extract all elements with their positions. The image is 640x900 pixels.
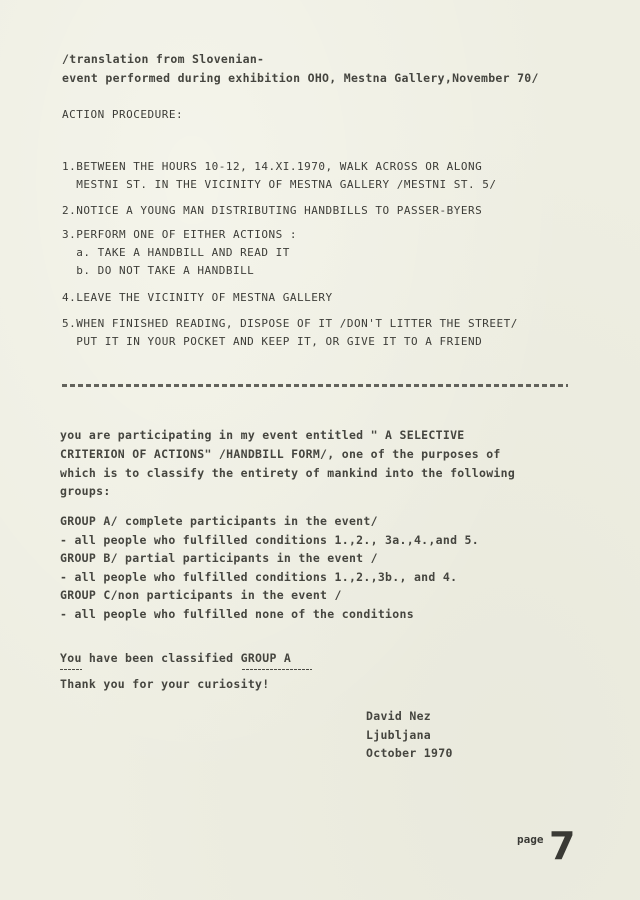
step-1-line-1: 1.BETWEEN THE HOURS 10-12, 14.XI.1970, W… xyxy=(62,160,482,174)
step-5-line-2: PUT IT IN YOUR POCKET AND KEEP IT, OR GI… xyxy=(62,335,482,349)
step-3-line-1: 3.PERFORM ONE OF EITHER ACTIONS : xyxy=(62,228,297,242)
classified-group: GROUP A xyxy=(241,651,292,665)
intro-line-2: CRITERION OF ACTIONS" /HANDBILL FORM/, o… xyxy=(60,447,501,461)
step-1-line-2: MESTNI ST. IN THE VICINITY OF MESTNA GAL… xyxy=(62,178,496,192)
intro-line-3: which is to classify the entirety of man… xyxy=(60,466,515,480)
dashed-divider xyxy=(62,384,568,387)
group-b-condition: - all people who fulfilled conditions 1.… xyxy=(60,570,457,584)
event-context: event performed during exhibition OHO, M… xyxy=(62,71,539,85)
page-number: 7 xyxy=(549,826,575,866)
step-2: 2.NOTICE A YOUNG MAN DISTRIBUTING HANDBI… xyxy=(62,204,482,218)
group-a-title: GROUP A/ complete participants in the ev… xyxy=(60,514,378,528)
step-3-option-a: a. TAKE A HANDBILL AND READ IT xyxy=(62,246,290,260)
step-5-line-1: 5.WHEN FINISHED READING, DISPOSE OF IT /… xyxy=(62,317,518,331)
classification-line: You have been classified GROUP A xyxy=(60,651,291,665)
step-3-option-b: b. DO NOT TAKE A HANDBILL xyxy=(62,264,254,278)
intro-line-1: you are participating in my event entitl… xyxy=(60,428,465,442)
page-label: page xyxy=(517,833,544,846)
document-page: /translation from Slovenian- event perfo… xyxy=(0,0,640,900)
signature-city: Ljubljana xyxy=(366,728,431,742)
signature-date: October 1970 xyxy=(366,746,453,760)
underline-group-a xyxy=(242,669,312,670)
procedure-title: ACTION PROCEDURE: xyxy=(62,108,183,122)
group-a-condition: - all people who fulfilled conditions 1.… xyxy=(60,533,479,547)
group-c-title: GROUP C/non participants in the event / xyxy=(60,588,342,602)
classified-prefix: You have been classified xyxy=(60,651,241,665)
underline-you xyxy=(60,669,82,670)
signature-name: David Nez xyxy=(366,709,431,723)
intro-line-4: groups: xyxy=(60,484,111,498)
group-b-title: GROUP B/ partial participants in the eve… xyxy=(60,551,378,565)
thanks-line: Thank you for your curiosity! xyxy=(60,677,269,691)
translation-note: /translation from Slovenian- xyxy=(62,52,264,66)
group-c-condition: - all people who fulfilled none of the c… xyxy=(60,607,414,621)
step-4: 4.LEAVE THE VICINITY OF MESTNA GALLERY xyxy=(62,291,333,305)
